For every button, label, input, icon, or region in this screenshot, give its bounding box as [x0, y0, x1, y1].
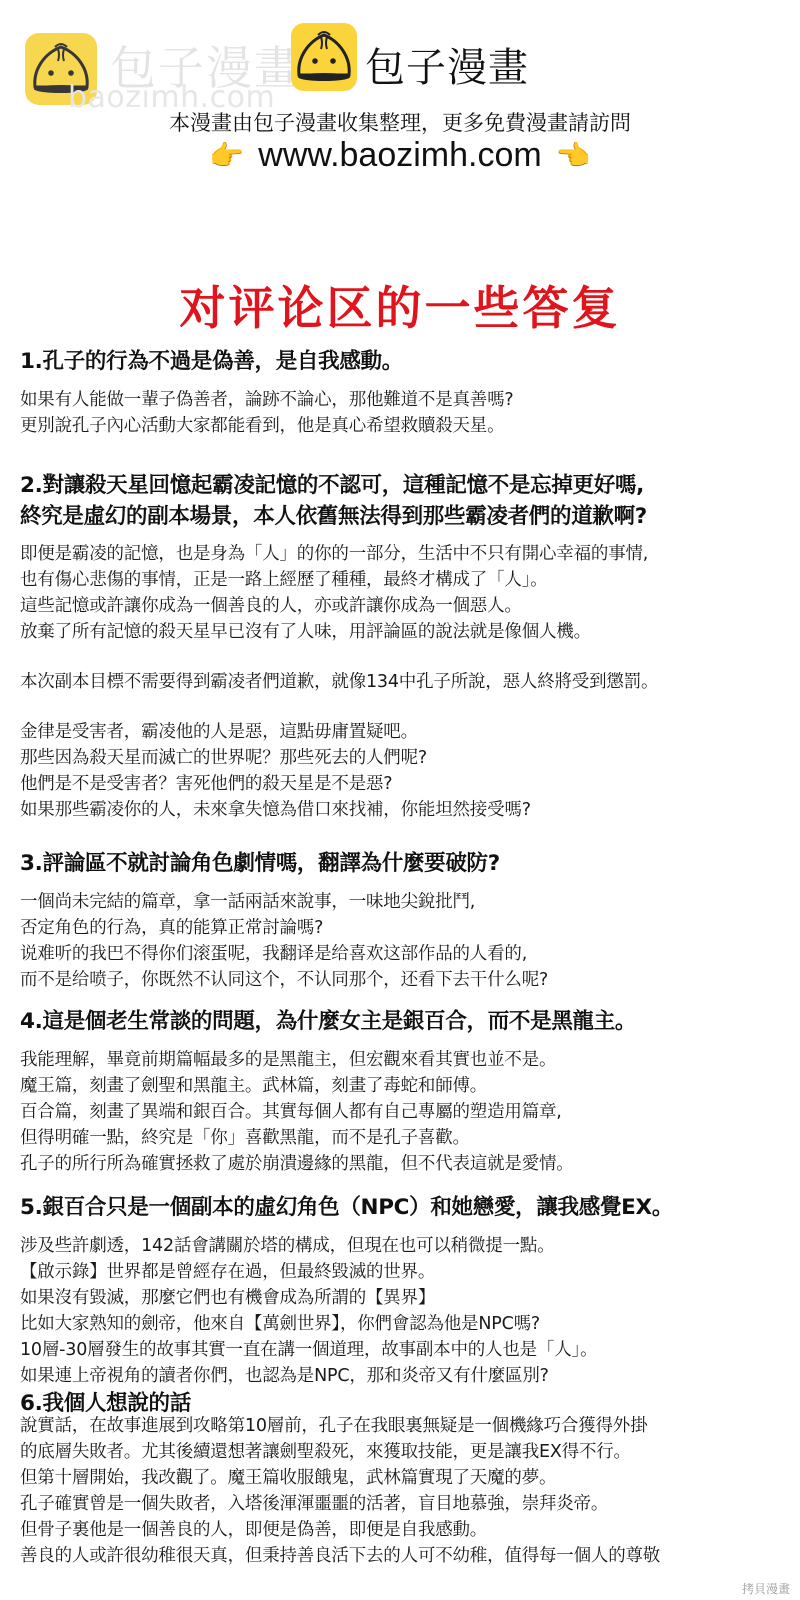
baozi-bun-icon	[291, 23, 357, 91]
corner-watermark: 拷貝漫畫	[742, 1580, 790, 1597]
site-url-link[interactable]: www.baozimh.com	[258, 136, 541, 175]
section-body-line: 而不是给喷子，你既然不认同这个，不认同那个，还看下去干什么呢?	[20, 966, 548, 991]
section-body-line: 即便是霸凌的記憶，也是身為「人」的你的一部分，生活中不只有開心幸福的事情,	[20, 540, 648, 565]
section-body-line: 比如大家熟知的劍帝，他來自【萬劍世界】，你們會認為他是NPC嗎?	[20, 1310, 540, 1335]
section-body-line: 更別說孔子內心活動大家都能看到，他是真心希望救贖殺天星。	[20, 412, 504, 437]
section-body-line: 說實話，在故事進展到攻略第10層前，孔子在我眼裏無疑是一個機緣巧合獲得外掛	[20, 1412, 647, 1437]
pointing-right-hand-icon: 👉	[209, 142, 244, 170]
section-heading: 終究是虛幻的副本場景，本人依舊無法得到那些霸凌者們的道歉啊?	[20, 499, 647, 530]
section-body-line: 但骨子裏他是一個善良的人，即便是偽善，即便是自我感動。	[20, 1516, 487, 1541]
section-body-line: 放棄了所有記憶的殺天星早已沒有了人味，用評論區的說法就是像個人機。	[20, 618, 591, 643]
section-body-line: 【啟示錄】世界都是曾經存在過，但最終毀滅的世界。	[20, 1258, 435, 1283]
promo-text: 本漫畫由包子漫畫收集整理，更多免費漫畫請訪問	[0, 107, 800, 137]
section-body-line: 孔子確實曾是一個失敗者，入塔後渾渾噩噩的活著，盲目地慕強，崇拜炎帝。	[20, 1490, 608, 1515]
section-heading: 1.孔子的行為不過是偽善，是自我感動。	[20, 344, 403, 375]
section-body-line: 他們是不是受害者？害死他們的殺天星是不是惡?	[20, 770, 392, 795]
section-body-line: 如果沒有毀滅，那麼它們也有機會成為所謂的【異界】	[20, 1284, 435, 1309]
section-heading: 4.這是個老生常談的問題，為什麼女主是銀百合，而不是黑龍主。	[20, 1004, 636, 1035]
section-body-line: 的底層失敗者。尤其後續還想著讓劍聖殺死，來獲取技能，更是讓我EX得不行。	[20, 1438, 631, 1463]
document-title: 对评论区的一些答复	[0, 272, 800, 338]
section-heading: 2.對讓殺天星回憶起霸凌記憶的不認可，這種記憶不是忘掉更好嗎,	[20, 468, 644, 499]
section-body-line: 孔子的所行所為確實拯救了處於崩潰邊緣的黑龍，但不代表這就是愛情。	[20, 1150, 574, 1175]
section-heading: 3.評論區不就討論角色劇情嗎，翻譯為什麼要破防?	[20, 846, 500, 877]
section-body-line: 但得明確一點，終究是「你」喜歡黑龍，而不是孔子喜歡。	[20, 1124, 470, 1149]
section-body-line: 我能理解，畢竟前期篇幅最多的是黑龍主，但宏觀來看其實也並不是。	[20, 1046, 556, 1071]
section-body-line: 但第十層開始，我改觀了。魔王篇收服餓鬼，武林篇實現了天魔的夢。	[20, 1464, 556, 1489]
section-body-line: 如果連上帝視角的讀者你們，也認為是NPC，那和炎帝又有什麼區別?	[20, 1362, 549, 1387]
section-body-line: 本次副本目標不需要得到霸凌者們道歉，就像134中孔子所說，惡人終將受到懲罰。	[20, 668, 658, 693]
section-body-line: 否定角色的行為，真的能算正常討論嗎?	[20, 914, 323, 939]
site-url-row: 👉 www.baozimh.com 👈	[0, 136, 800, 175]
section-body-line: 10層-30層發生的故事其實一直在講一個道理，故事副本中的人也是「人」。	[20, 1336, 597, 1361]
section-body-line: 魔王篇，刻畫了劍聖和黑龍主。武林篇，刻畫了毒蛇和師傅。	[20, 1072, 487, 1097]
section-heading: 5.銀百合只是一個副本的虛幻角色（NPC）和她戀愛，讓我感覺EX。	[20, 1190, 673, 1221]
section-body-line: 百合篇，刻畫了異端和銀百合。其實每個人都有自己專屬的塑造用篇章,	[20, 1098, 562, 1123]
section-body-line: 一個尚未完結的篇章，拿一話兩話來說事，一味地尖銳批鬥,	[20, 888, 475, 913]
section-body-line: 這些記憶或許讓你成為一個善良的人，亦或許讓你成為一個惡人。	[20, 592, 522, 617]
pointing-left-hand-icon: 👈	[556, 142, 591, 170]
site-logo-icon[interactable]	[291, 23, 357, 91]
section-body-line: 那些因為殺天星而滅亡的世界呢？那些死去的人們呢?	[20, 744, 427, 769]
section-body-line: 如果有人能做一輩子偽善者，論跡不論心，那他難道不是真善嗎?	[20, 386, 514, 411]
section-body-line: 也有傷心悲傷的事情，正是一路上經歷了種種，最終才構成了「人」。	[20, 566, 548, 591]
section-body-line: 说难听的我巴不得你们滚蛋呢，我翻译是给喜欢这部作品的人看的,	[20, 940, 527, 965]
section-body-line: 金律是受害者，霸凌他的人是惡，這點毋庸置疑吧。	[20, 718, 418, 743]
section-body-line: 善良的人或許很幼稚很天真，但秉持善良活下去的人可不幼稚，值得每一個人的尊敬	[20, 1542, 660, 1567]
section-body-line: 涉及些許劇透，142話會講關於塔的構成，但現在也可以稍微提一點。	[20, 1232, 555, 1257]
site-logo-title[interactable]: 包子漫畫	[365, 36, 529, 93]
section-body-line: 如果那些霸凌你的人，未來拿失憶為借口來找補，你能坦然接受嗎?	[20, 796, 531, 821]
